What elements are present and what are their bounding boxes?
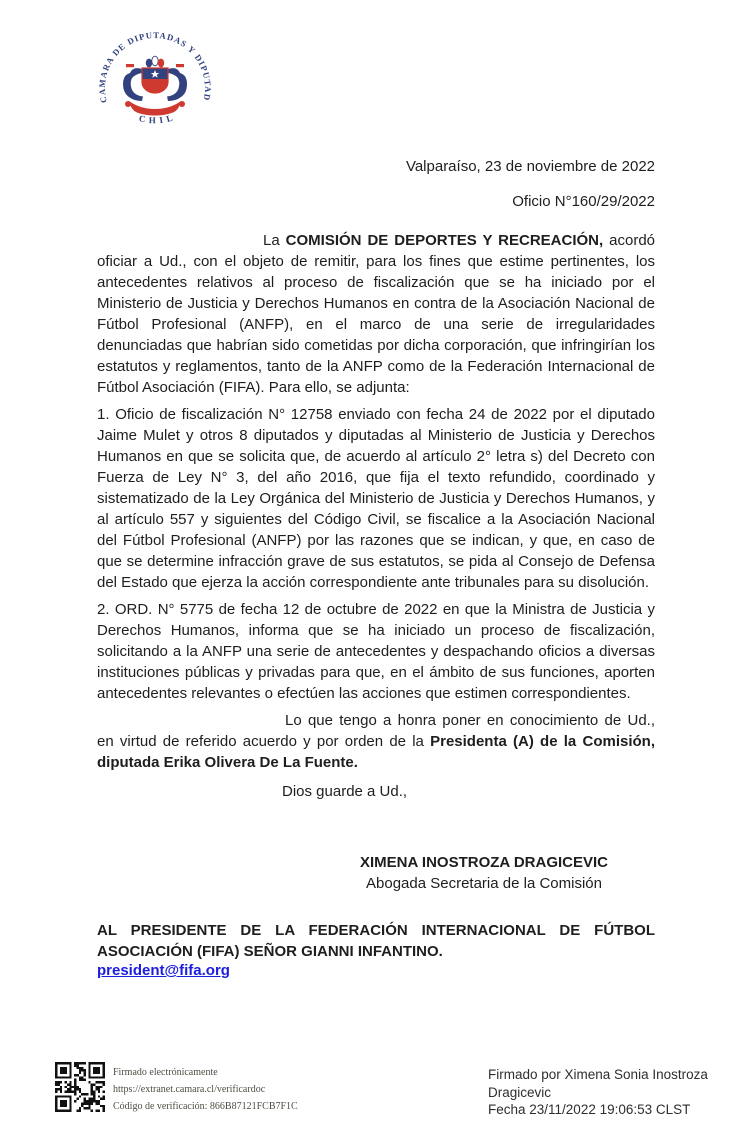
verification-code: Código de verificación: 866B87121FCB7F1C [113,1098,298,1115]
attachment-item-2: 2. ORD. N° 5775 de fecha 12 de octubre d… [97,599,655,704]
place-date-line: Valparaíso, 23 de noviembre de 2022 [97,156,655,177]
secretary-title: Abogada Secretaria de la Comisión [310,873,658,894]
verification-footer: Firmado electrónicamente https://extrane… [55,1062,298,1115]
intro-prefix: La [263,232,286,249]
signed-by-footer: Firmado por Ximena Sonia Inostroza Dragi… [488,1066,713,1119]
signature-block: XIMENA INOSTROZA DRAGICEVIC Abogada Secr… [310,852,658,894]
closing-paragraph: Lo que tengo a honra poner en conocimien… [97,710,655,773]
seal-plume [146,56,164,67]
intro-rest: acordó oficiar a Ud., con el objeto de r… [97,232,655,396]
addressee-email-link[interactable]: president@fifa.org [97,962,230,979]
signed-by-line: Firmado por Ximena Sonia Inostroza Dragi… [488,1066,713,1101]
signed-date-line: Fecha 23/11/2022 19:06:53 CLST [488,1101,713,1119]
verification-line-1: Firmado electrónicamente [113,1064,298,1081]
addressee-block: AL PRESIDENTE DE LA FEDERACIÓN INTERNACI… [97,920,655,980]
commission-name: COMISIÓN DE DEPORTES Y RECREACIÓN, [286,232,604,249]
camara-de-diputados-seal-logo: CAMARA DE DIPUTADAS Y DIPUTADOS [93,24,217,140]
secretary-name: XIMENA INOSTROZA DRAGICEVIC [310,852,658,873]
verification-qr-code [55,1062,105,1112]
document-page: CAMARA DE DIPUTADAS Y DIPUTADOS [0,0,740,1131]
verification-text: Firmado electrónicamente https://extrane… [113,1062,298,1115]
salutation-line: Dios guarde a Ud., [97,781,655,802]
letter-content: Valparaíso, 23 de noviembre de 2022 Ofic… [97,156,655,980]
attachment-item-1: 1. Oficio de fiscalización N° 12758 envi… [97,404,655,593]
seal-shield [142,68,168,93]
oficio-number-line: Oficio N°160/29/2022 [97,191,655,212]
seal-scroll [125,101,185,116]
intro-paragraph: La COMISIÓN DE DEPORTES Y RECREACIÓN, ac… [97,230,655,398]
verification-url: https://extranet.camara.cl/verificardoc [113,1081,298,1098]
addressee-line: AL PRESIDENTE DE LA FEDERACIÓN INTERNACI… [97,920,655,962]
